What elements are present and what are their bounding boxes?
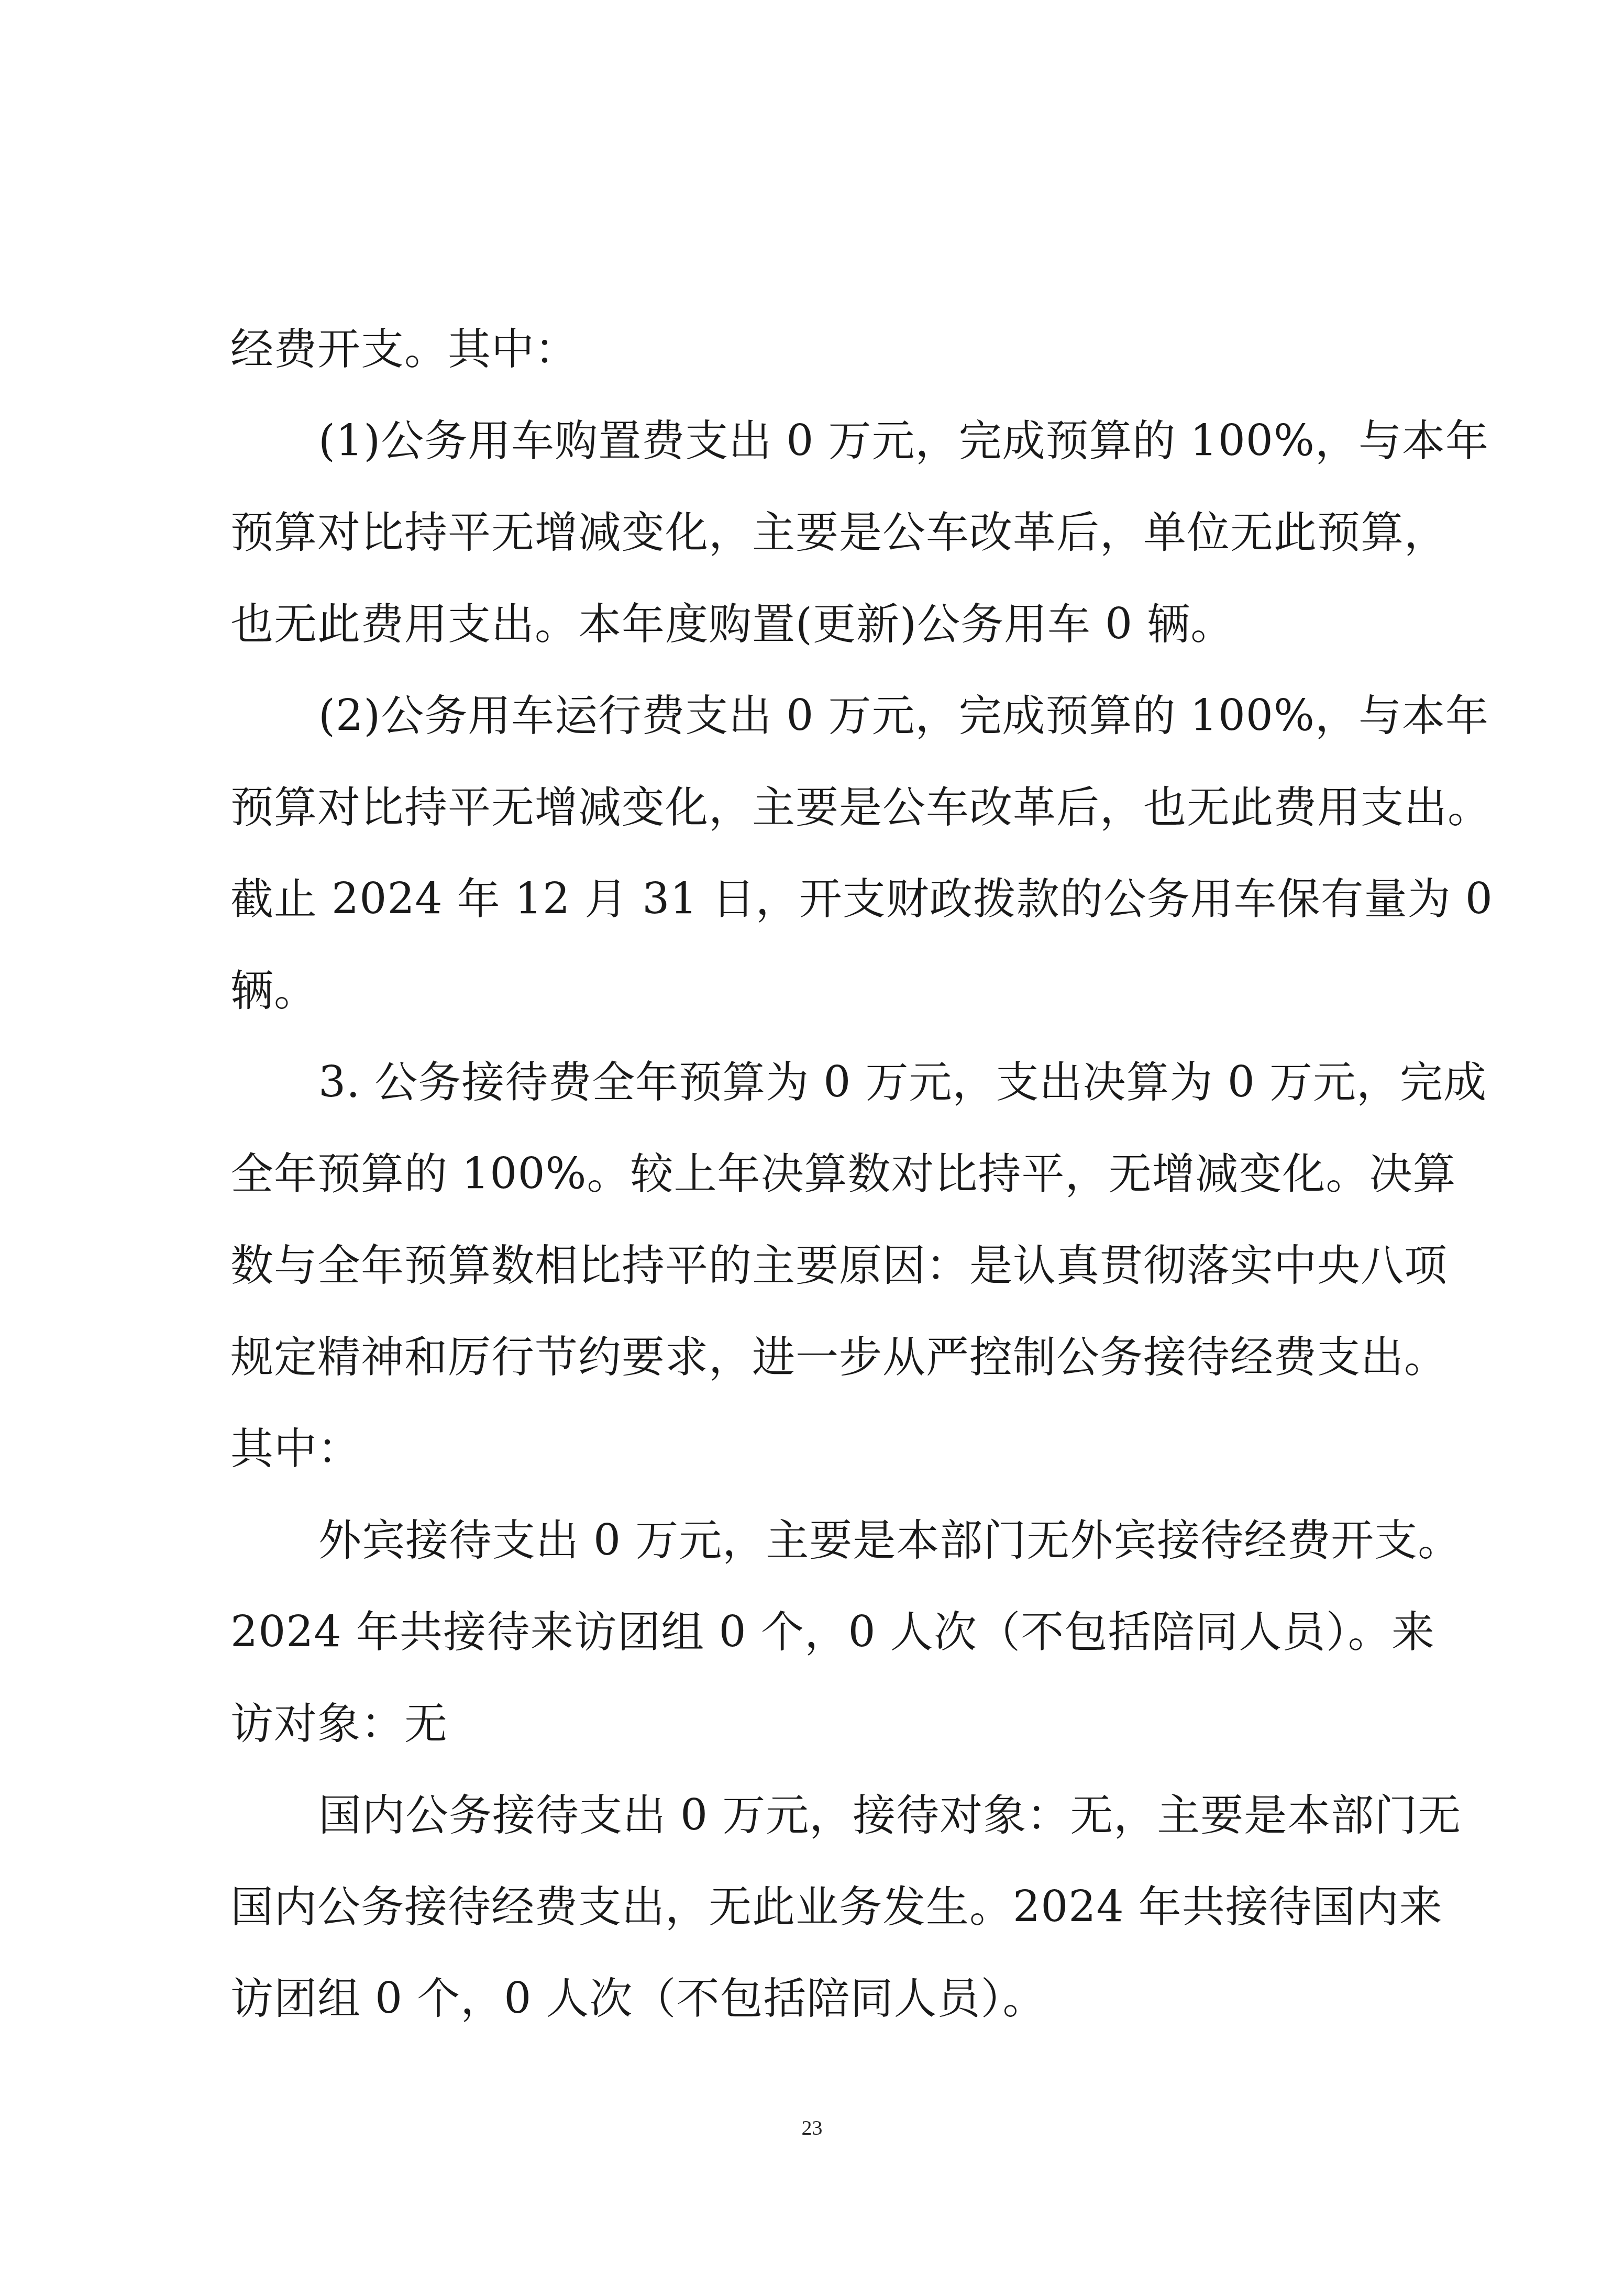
- text-line: (2)公务用车运行费支出 0 万元，完成预算的 100%，与本年: [230, 670, 1435, 762]
- text-line: 数与全年预算数相比持平的主要原因：是认真贯彻落实中央八项: [230, 1220, 1435, 1312]
- text-line: 外宾接待支出 0 万元，主要是本部门无外宾接待经费开支。: [230, 1495, 1435, 1587]
- text-line: 访团组 0 个，0 人次（不包括陪同人员）。: [230, 1953, 1435, 2045]
- text-line: 国内公务接待经费支出，无此业务发生。2024 年共接待国内来: [230, 1861, 1435, 1953]
- text-line: 3. 公务接待费全年预算为 0 万元，支出决算为 0 万元，完成: [230, 1037, 1435, 1128]
- text-line: 全年预算的 100%。较上年决算数对比持平，无增减变化。决算: [230, 1128, 1435, 1220]
- text-line: 预算对比持平无增减变化，主要是公车改革后，也无此费用支出。: [230, 762, 1435, 853]
- text-line: (1)公务用车购置费支出 0 万元，完成预算的 100%，与本年: [230, 395, 1435, 487]
- page-number: 23: [0, 2115, 1624, 2140]
- text-line: 国内公务接待支出 0 万元，接待对象：无，主要是本部门无: [230, 1770, 1435, 1861]
- text-line: 辆。: [230, 945, 1435, 1037]
- text-line: 其中：: [230, 1403, 1435, 1495]
- text-line: 2024 年共接待来访团组 0 个，0 人次（不包括陪同人员）。来: [230, 1587, 1435, 1678]
- text-line: 也无此费用支出。本年度购置(更新)公务用车 0 辆。: [230, 579, 1435, 670]
- text-line: 预算对比持平无增减变化，主要是公车改革后，单位无此预算，: [230, 487, 1435, 579]
- text-line: 访对象：无: [230, 1678, 1435, 1770]
- text-line: 规定精神和厉行节约要求，进一步从严控制公务接待经费支出。: [230, 1312, 1435, 1403]
- body-text: 经费开支。其中： (1)公务用车购置费支出 0 万元，完成预算的 100%，与本…: [230, 304, 1435, 2045]
- document-page: 经费开支。其中： (1)公务用车购置费支出 0 万元，完成预算的 100%，与本…: [0, 0, 1624, 2296]
- text-line: 截止 2024 年 12 月 31 日，开支财政拨款的公务用车保有量为 0: [230, 853, 1435, 945]
- text-line: 经费开支。其中：: [230, 304, 1435, 395]
